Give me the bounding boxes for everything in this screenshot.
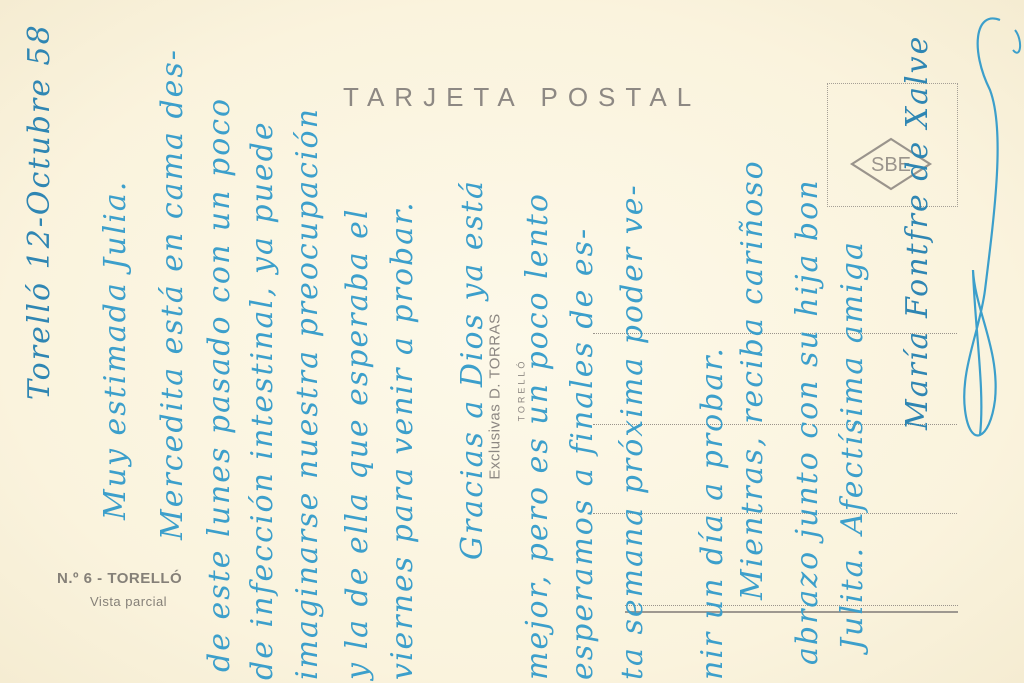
postcard-title: TARJETA POSTAL [343, 82, 701, 113]
handwriting-line: Mercedita está en cama des- [155, 48, 190, 540]
handwriting-line: esperamos a finales de es- [565, 227, 600, 680]
handwriting-line: Muy estimada Julia. [98, 180, 133, 520]
handwriting-line: Torelló 12-Octubre 58 [22, 23, 57, 400]
photo-caption-title: N.º 6 - TORELLÓ [57, 570, 182, 587]
handwriting-line: y la de ella que esperaba el [340, 208, 375, 680]
handwriting-line: de infección intestinal, ya puede [245, 120, 280, 680]
handwriting-line: de este lunes pasado con un poco [202, 97, 237, 672]
handwriting-line: imaginarse nuestra preocupación [290, 107, 325, 680]
signature-flourish-icon [955, 10, 1024, 450]
postcard-back: TARJETA POSTAL N.º 6 - TORELLÓ Vista par… [0, 0, 1024, 683]
handwriting-line: mejor, pero es un poco lento [520, 192, 555, 680]
handwriting-line: nir un día a probar. [695, 346, 730, 680]
photo-caption-subtitle: Vista parcial [90, 594, 167, 609]
handwriting-signature: María Fontfre de Xalve [900, 35, 935, 430]
handwriting-line: abrazo junto con su hija bon [790, 178, 825, 665]
handwriting-line: Mientras, reciba cariñoso [735, 159, 770, 600]
handwriting-line: Gracias a Dios ya está [455, 179, 490, 560]
handwriting-line: ta semana próxima poder ve- [615, 183, 650, 680]
handwriting-line: Julita. Afectísima amiga [835, 240, 870, 650]
handwriting-line: viernes para venir a probar. [385, 200, 420, 680]
